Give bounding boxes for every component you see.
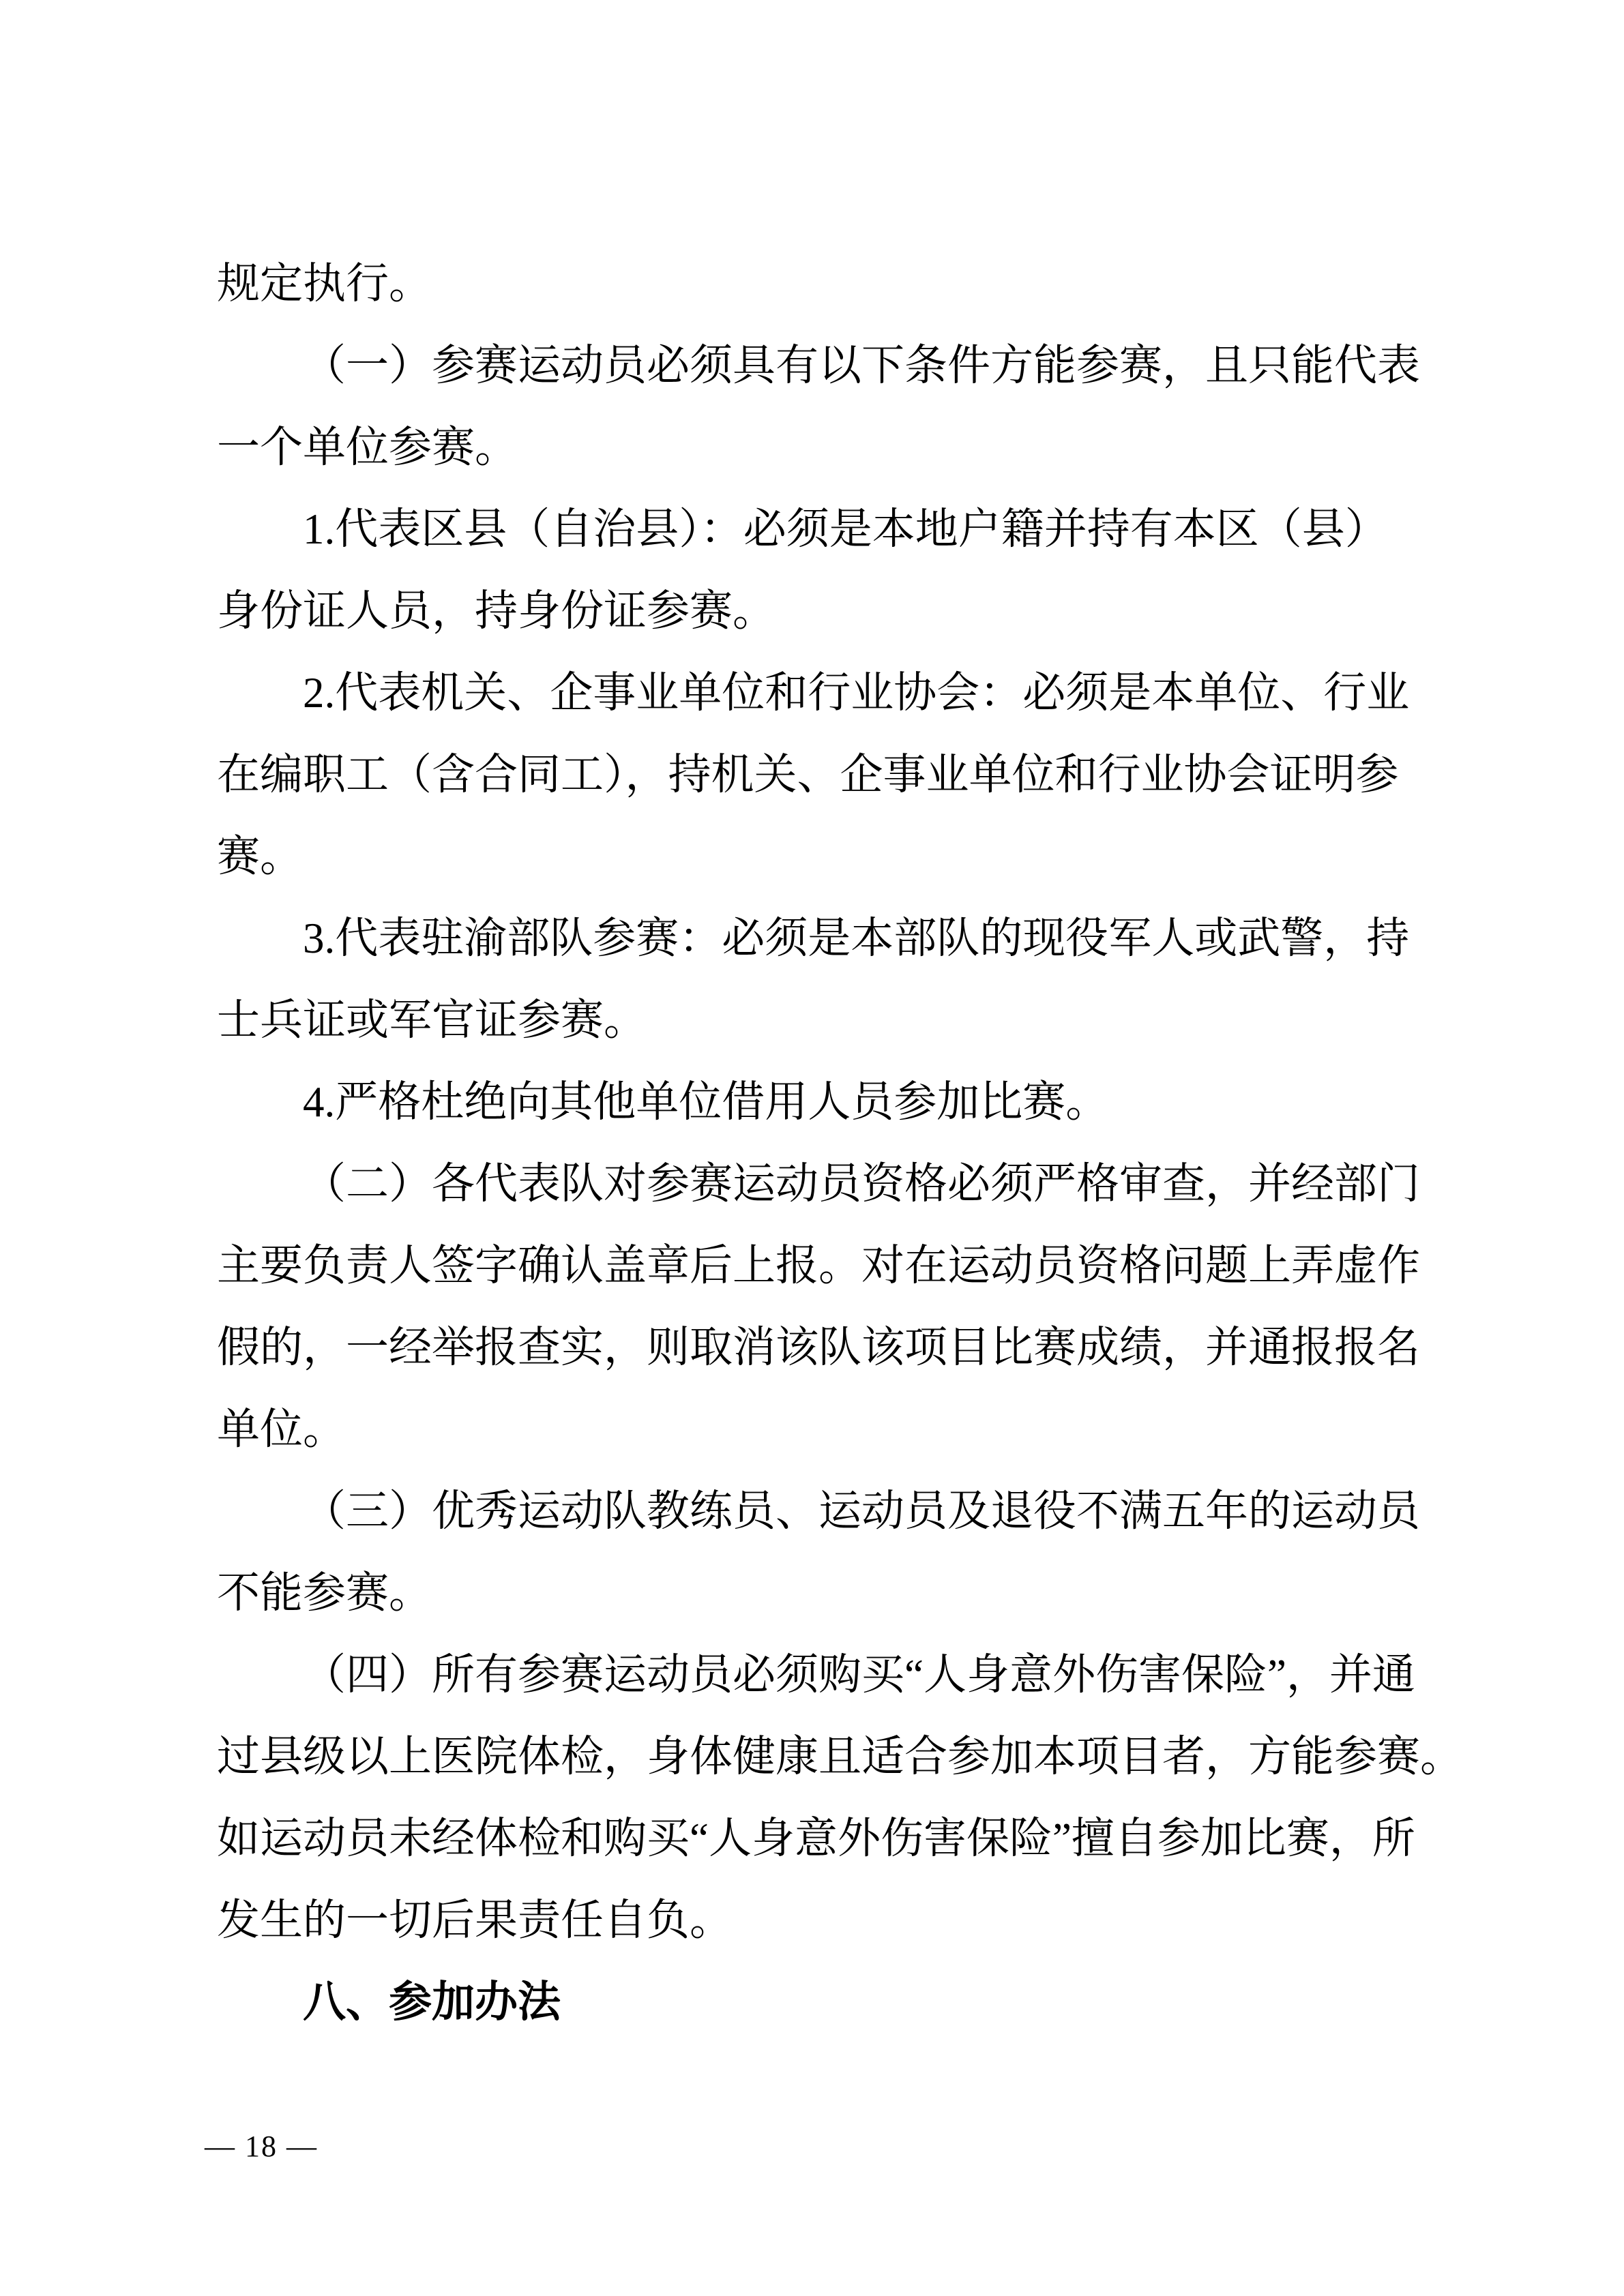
text-line: 身份证人员，持身份证参赛。: [217, 570, 1438, 652]
text-line: （四）所有参赛运动员必须购买“人身意外伤害保险”，并通: [217, 1634, 1438, 1716]
text-line: 假的，一经举报查实，则取消该队该项目比赛成绩，并通报报名: [217, 1307, 1438, 1388]
page-number: — 18 —: [205, 2130, 318, 2163]
text-line: 发生的一切后果责任自负。: [217, 1879, 1438, 1961]
text-line: （三）优秀运动队教练员、运动员及退役不满五年的运动员: [217, 1470, 1438, 1552]
text-line: 不能参赛。: [217, 1552, 1438, 1634]
text-line: 2.代表机关、企事业单位和行业协会：必须是本单位、行业: [217, 652, 1438, 734]
text-line: 在编职工（含合同工），持机关、企事业单位和行业协会证明参: [217, 734, 1438, 816]
text-line: 过县级以上医院体检，身体健康且适合参加本项目者，方能参赛。: [217, 1716, 1438, 1798]
text-line: 赛。: [217, 816, 1438, 897]
section-heading: 八、参加办法: [217, 1961, 1438, 2043]
text-line: 4.严格杜绝向其他单位借用人员参加比赛。: [217, 1061, 1438, 1143]
text-line: （一）参赛运动员必须具有以下条件方能参赛，且只能代表: [217, 325, 1438, 406]
text-line: 主要负责人签字确认盖章后上报。对在运动员资格问题上弄虚作: [217, 1225, 1438, 1307]
text-line: 士兵证或军官证参赛。: [217, 979, 1438, 1061]
text-line: （二）各代表队对参赛运动员资格必须严格审查，并经部门: [217, 1143, 1438, 1225]
document-page: 规定执行。（一）参赛运动员必须具有以下条件方能参赛，且只能代表一个单位参赛。1.…: [0, 0, 1624, 2296]
text-line: 如运动员未经体检和购买“人身意外伤害保险”擅自参加比赛，所: [217, 1798, 1438, 1879]
text-line: 一个单位参赛。: [217, 406, 1438, 488]
text-line: 3.代表驻渝部队参赛：必须是本部队的现役军人或武警，持: [217, 897, 1438, 979]
text-line: 规定执行。: [217, 243, 1438, 325]
document-body: 规定执行。（一）参赛运动员必须具有以下条件方能参赛，且只能代表一个单位参赛。1.…: [217, 243, 1438, 2043]
text-line: 1.代表区县（自治县）：必须是本地户籍并持有本区（县）: [217, 488, 1438, 570]
text-line: 单位。: [217, 1388, 1438, 1470]
